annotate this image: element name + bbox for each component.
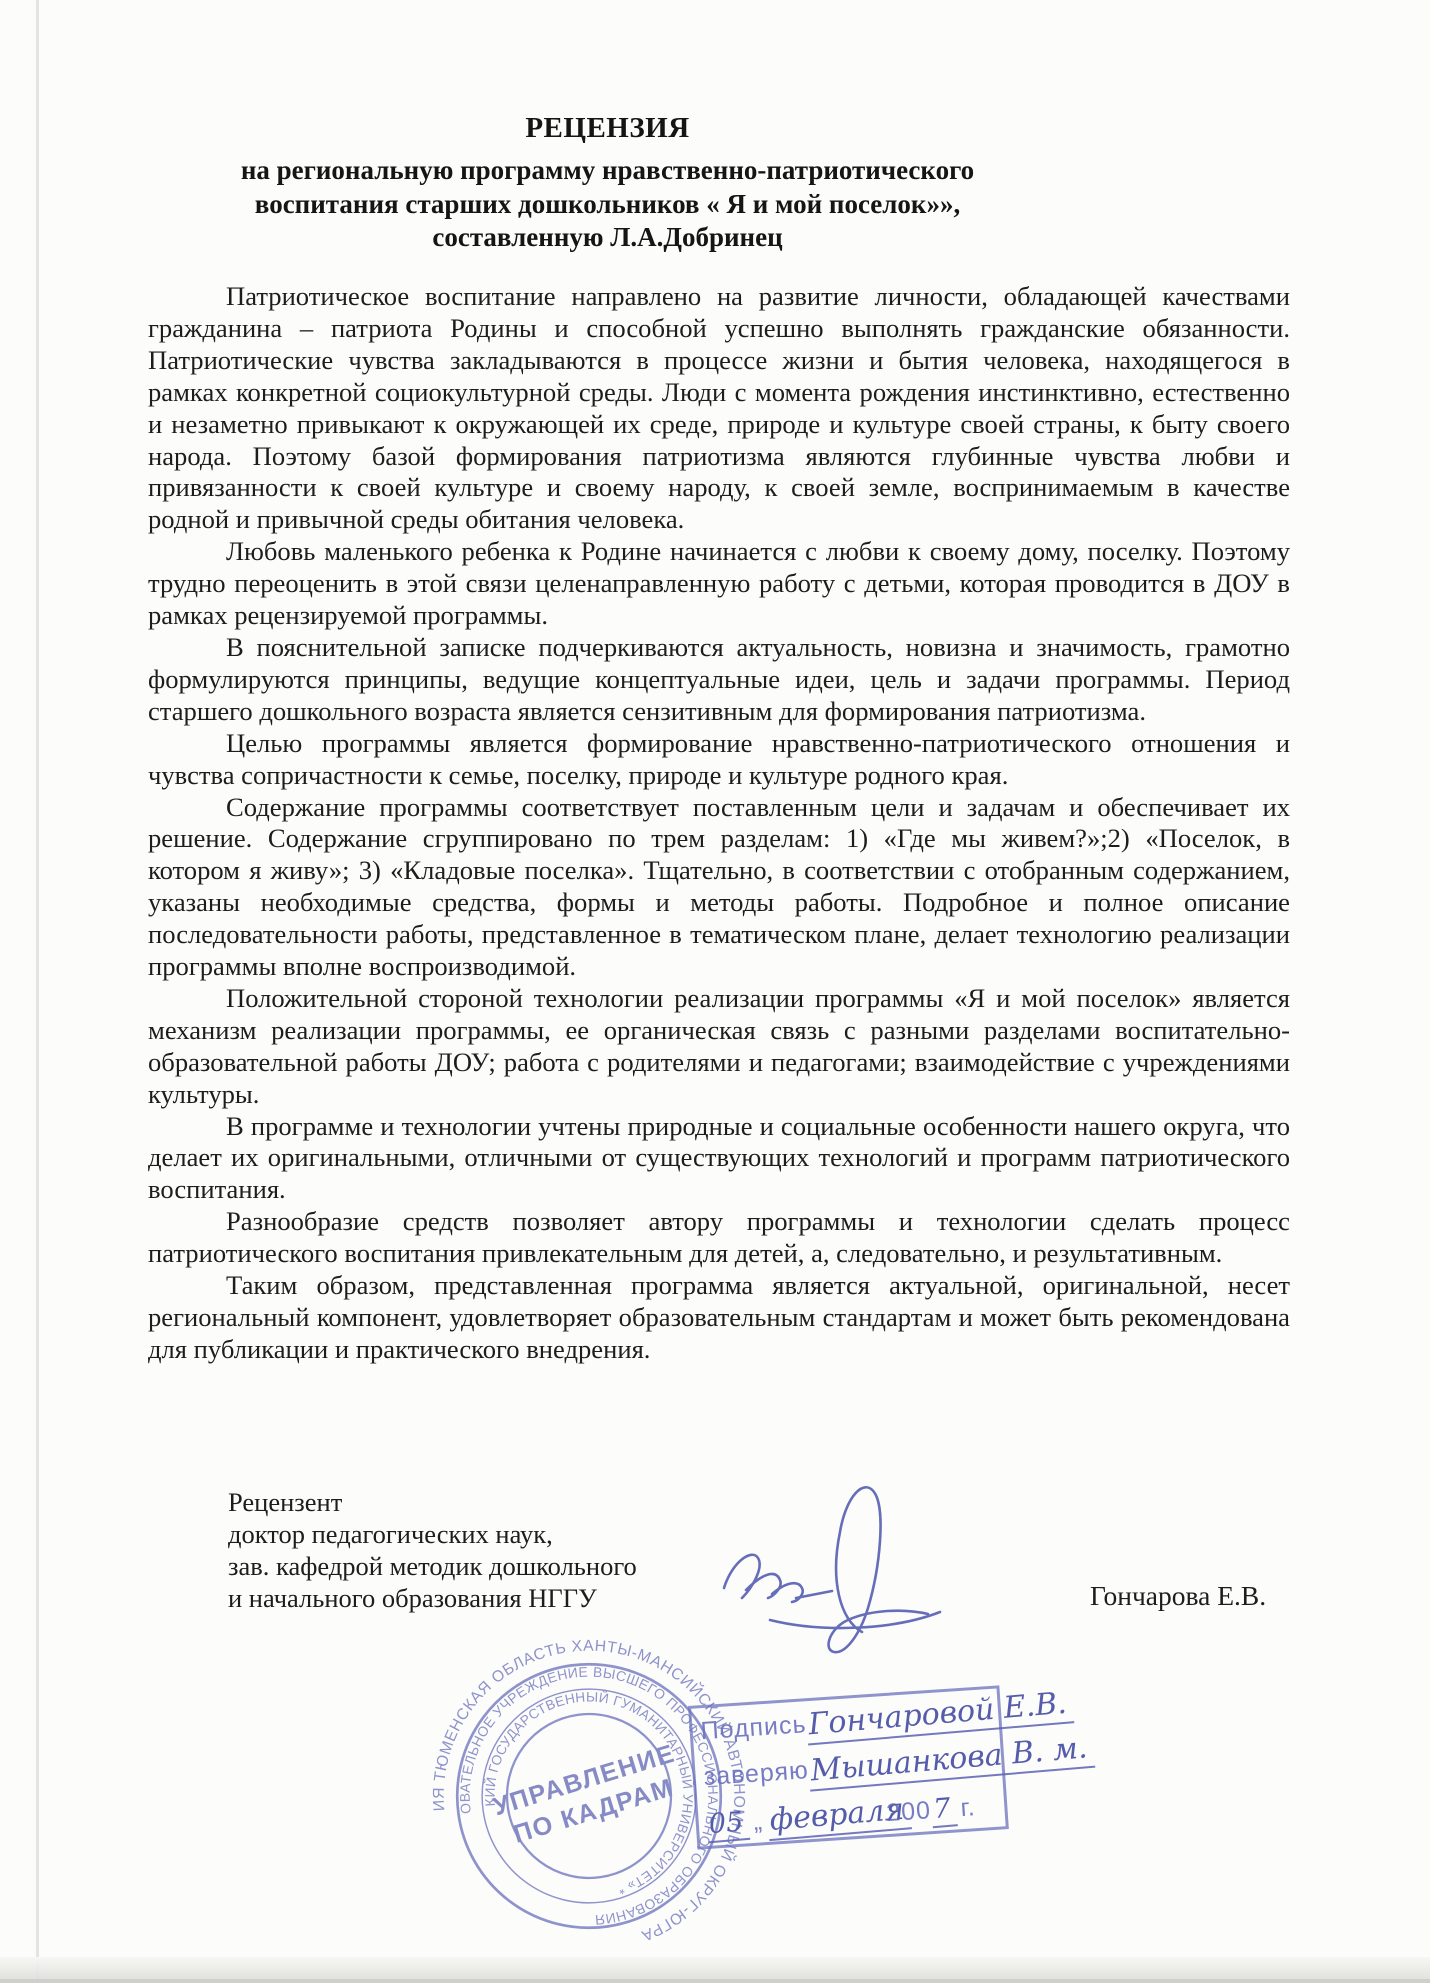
paragraph: Разнообразие средств позволяет автору пр… (148, 1206, 1290, 1270)
paragraph: Таким образом, представленная программа … (148, 1270, 1290, 1366)
scan-shadow-strip (0, 1957, 1430, 1983)
handwritten-signature (712, 1470, 982, 1680)
credential-line: доктор педагогических наук, (228, 1518, 637, 1550)
handwritten-day: 05 (706, 1806, 751, 1843)
stamp-label-zaveryayu: заверяю (703, 1756, 810, 1791)
paragraph: В программе и технологии учтены природны… (148, 1111, 1290, 1207)
reviewer-name: Гончарова Е.В. (1090, 1580, 1266, 1612)
handwritten-year-digit: 7 (930, 1792, 958, 1828)
handwritten-month: февраля (766, 1791, 911, 1841)
title-line: на региональную программу нравственно-па… (150, 154, 1065, 188)
stamp-label-podpis: Подпись (700, 1710, 808, 1745)
paragraph: Любовь маленького ребенка к Родине начин… (148, 536, 1290, 632)
paragraph: Положительной стороной технологии реализ… (148, 983, 1290, 1111)
credential-line: зав. кафедрой методик дошкольного (228, 1550, 637, 1582)
signature-stroke (724, 1487, 940, 1652)
title-line: составленную Л.А.Добринец (150, 221, 1065, 255)
title-heading: РЕЦЕНЗИЯ (150, 112, 1065, 145)
scan-edge-line (36, 0, 39, 1983)
paragraph: Содержание программы соответствует поста… (148, 792, 1290, 983)
paragraph: Целью программы является формирование нр… (148, 728, 1290, 792)
credential-line: и начального образования НГГУ (228, 1582, 637, 1614)
stamp-quote-mark: „ (753, 1807, 764, 1836)
paragraph: В пояснительной записке подчеркиваются а… (148, 632, 1290, 728)
reviewer-credentials: Рецензентдоктор педагогических наук,зав.… (228, 1486, 637, 1614)
review-body: Патриотическое воспитание направлено на … (148, 281, 1290, 1366)
stamp-date-row: 05 „ февраля 2007 г. (706, 1788, 977, 1844)
scanned-review-document: РЕЦЕНЗИЯ на региональную программу нравс… (0, 0, 1430, 1983)
paragraph: Патриотическое воспитание направлено на … (148, 281, 1290, 536)
document-title: РЕЦЕНЗИЯ на региональную программу нравс… (150, 112, 1065, 255)
stamp-year-suffix: г. (960, 1793, 977, 1822)
certification-stamp: ПодписьГончаровой Е.В. заверяюМышанкова … (688, 1685, 1009, 1849)
credential-line: Рецензент (228, 1486, 637, 1518)
title-line: воспитания старших дошкольников « Я и мо… (150, 188, 1065, 222)
